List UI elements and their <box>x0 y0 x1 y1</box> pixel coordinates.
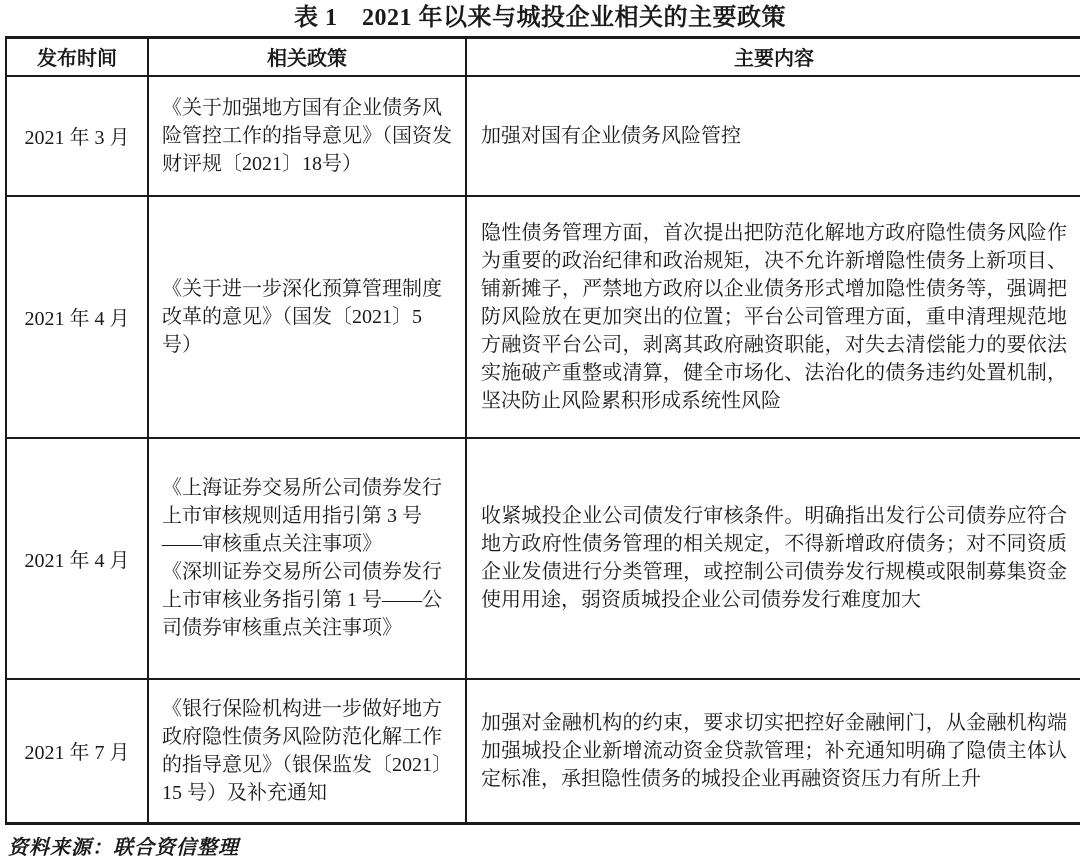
document-page: 表 1 2021 年以来与城投企业相关的主要政策 发布时间 相关政策 主要内容 … <box>0 0 1080 860</box>
table-row: 2021 年 3 月 《关于加强地方国有企业债务风险管控工作的指导意见》（国资发… <box>6 76 1080 196</box>
cell-main-content: 隐性债务管理方面，首次提出把防范化解地方政府隐性债务风险作为重要的政治纪律和政治… <box>466 196 1080 438</box>
cell-publish-date: 2021 年 3 月 <box>6 76 148 196</box>
cell-publish-date: 2021 年 4 月 <box>6 438 148 679</box>
table-row: 2021 年 4 月 《关于进一步深化预算管理制度改革的意见》（国发〔2021〕… <box>6 196 1080 438</box>
cell-publish-date: 2021 年 7 月 <box>6 679 148 824</box>
column-header-publish-date: 发布时间 <box>6 38 148 76</box>
cell-main-content: 加强对金融机构的约束，要求切实把控好金融闸门，从金融机构端加强城投企业新增流动资… <box>466 679 1080 824</box>
policy-table: 发布时间 相关政策 主要内容 2021 年 3 月 《关于加强地方国有企业债务风… <box>5 36 1080 825</box>
cell-main-content: 加强对国有企业债务风险管控 <box>466 76 1080 196</box>
column-header-main-content: 主要内容 <box>466 38 1080 76</box>
cell-related-policy: 《银行保险机构进一步做好地方政府隐性债务风险防范化解工作的指导意见》（银保监发〔… <box>148 679 466 824</box>
cell-main-content: 收紧城投企业公司债发行审核条件。明确指出发行公司债券应符合地方政府性债务管理的相… <box>466 438 1080 679</box>
data-source-note: 资料来源：联合资信整理 <box>8 831 1080 860</box>
cell-related-policy: 《关于加强地方国有企业债务风险管控工作的指导意见》（国资发财评规〔2021〕18… <box>148 76 466 196</box>
table-row: 2021 年 4 月 《上海证券交易所公司债券发行上市审核规则适用指引第 3 号… <box>6 438 1080 679</box>
cell-publish-date: 2021 年 4 月 <box>6 196 148 438</box>
cell-related-policy: 《上海证券交易所公司债券发行上市审核规则适用指引第 3 号——审核重点关注事项》… <box>148 438 466 679</box>
table-row: 2021 年 7 月 《银行保险机构进一步做好地方政府隐性债务风险防范化解工作的… <box>6 679 1080 824</box>
table-header-row: 发布时间 相关政策 主要内容 <box>6 38 1080 76</box>
column-header-related-policy: 相关政策 <box>148 38 466 76</box>
cell-related-policy: 《关于进一步深化预算管理制度改革的意见》（国发〔2021〕5 号） <box>148 196 466 438</box>
table-title: 表 1 2021 年以来与城投企业相关的主要政策 <box>0 2 1080 34</box>
